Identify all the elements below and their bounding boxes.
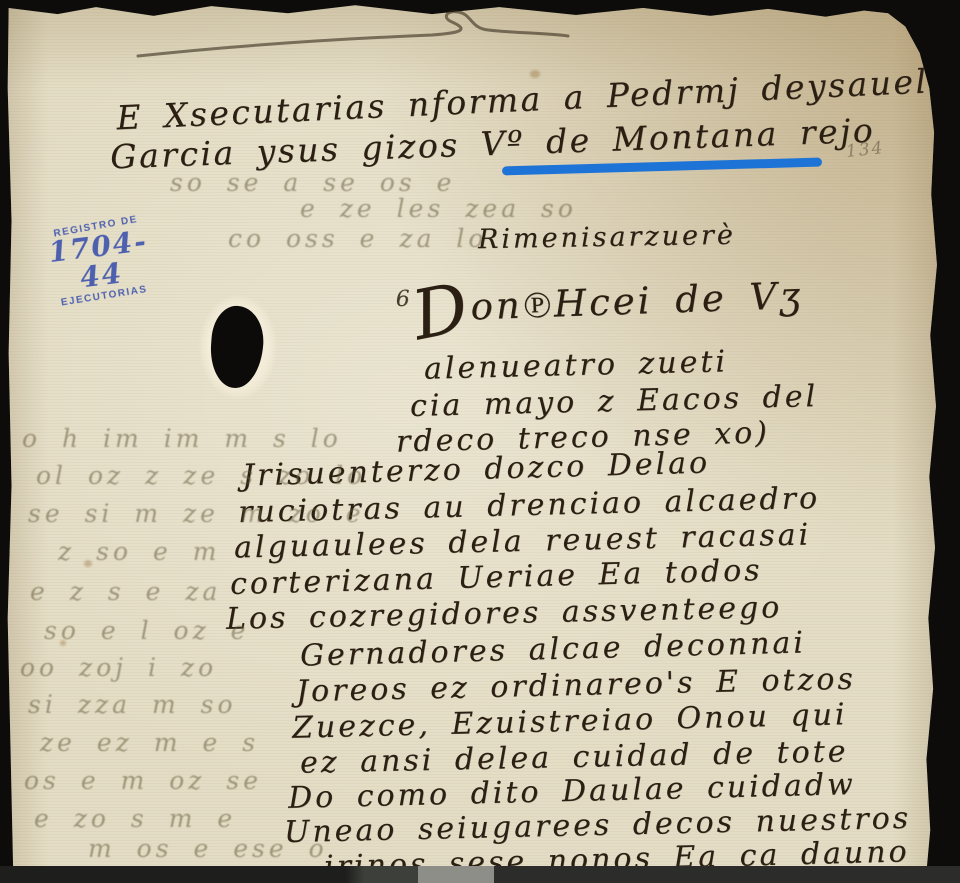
bleedthrough-text: so e l oz e bbox=[44, 616, 249, 645]
bleedthrough-text: e ze les zea so bbox=[300, 194, 577, 223]
archive-stamp: REGISTRO DE 1704-44 EJECUTORIAS bbox=[36, 214, 165, 309]
pencil-folio-number: 134 bbox=[845, 138, 885, 162]
bleedthrough-text: m os e ese o bbox=[88, 834, 328, 863]
scrollbar-thumb[interactable] bbox=[418, 866, 494, 883]
bleedthrough-text: os e m oz se bbox=[24, 766, 262, 795]
pen-flourish-icon bbox=[0, 0, 620, 80]
bleedthrough-text: oo zoj i zo bbox=[20, 653, 217, 682]
bleedthrough-text: ze ez m e s bbox=[40, 728, 259, 757]
paper-stain bbox=[84, 560, 92, 567]
bleedthrough-text: si zza m so bbox=[28, 690, 237, 719]
bottom-scrollbar[interactable] bbox=[0, 866, 960, 883]
bleedthrough-text: z so e m bbox=[58, 537, 220, 566]
bleedthrough-text: se si m ze m zo e bbox=[28, 499, 365, 528]
scanned-manuscript-page: so se a se os e e ze les zea so co oss e… bbox=[0, 0, 960, 883]
opening-initial: D bbox=[414, 307, 470, 318]
bleedthrough-text: e zo s m e bbox=[34, 804, 236, 833]
bleedthrough-text: co oss e za lo bbox=[228, 224, 487, 253]
paper-stain bbox=[60, 640, 66, 646]
bleedthrough-text: o h im im m s lo bbox=[22, 424, 342, 453]
bleedthrough-text: ol oz z ze s zo lo bbox=[36, 461, 366, 490]
paper-stain bbox=[530, 70, 540, 78]
body-line: alenueatro zueti bbox=[424, 344, 729, 386]
bleedthrough-text: e z s e za bbox=[30, 577, 221, 606]
center-line: Rimenisarzuerè bbox=[478, 220, 736, 255]
